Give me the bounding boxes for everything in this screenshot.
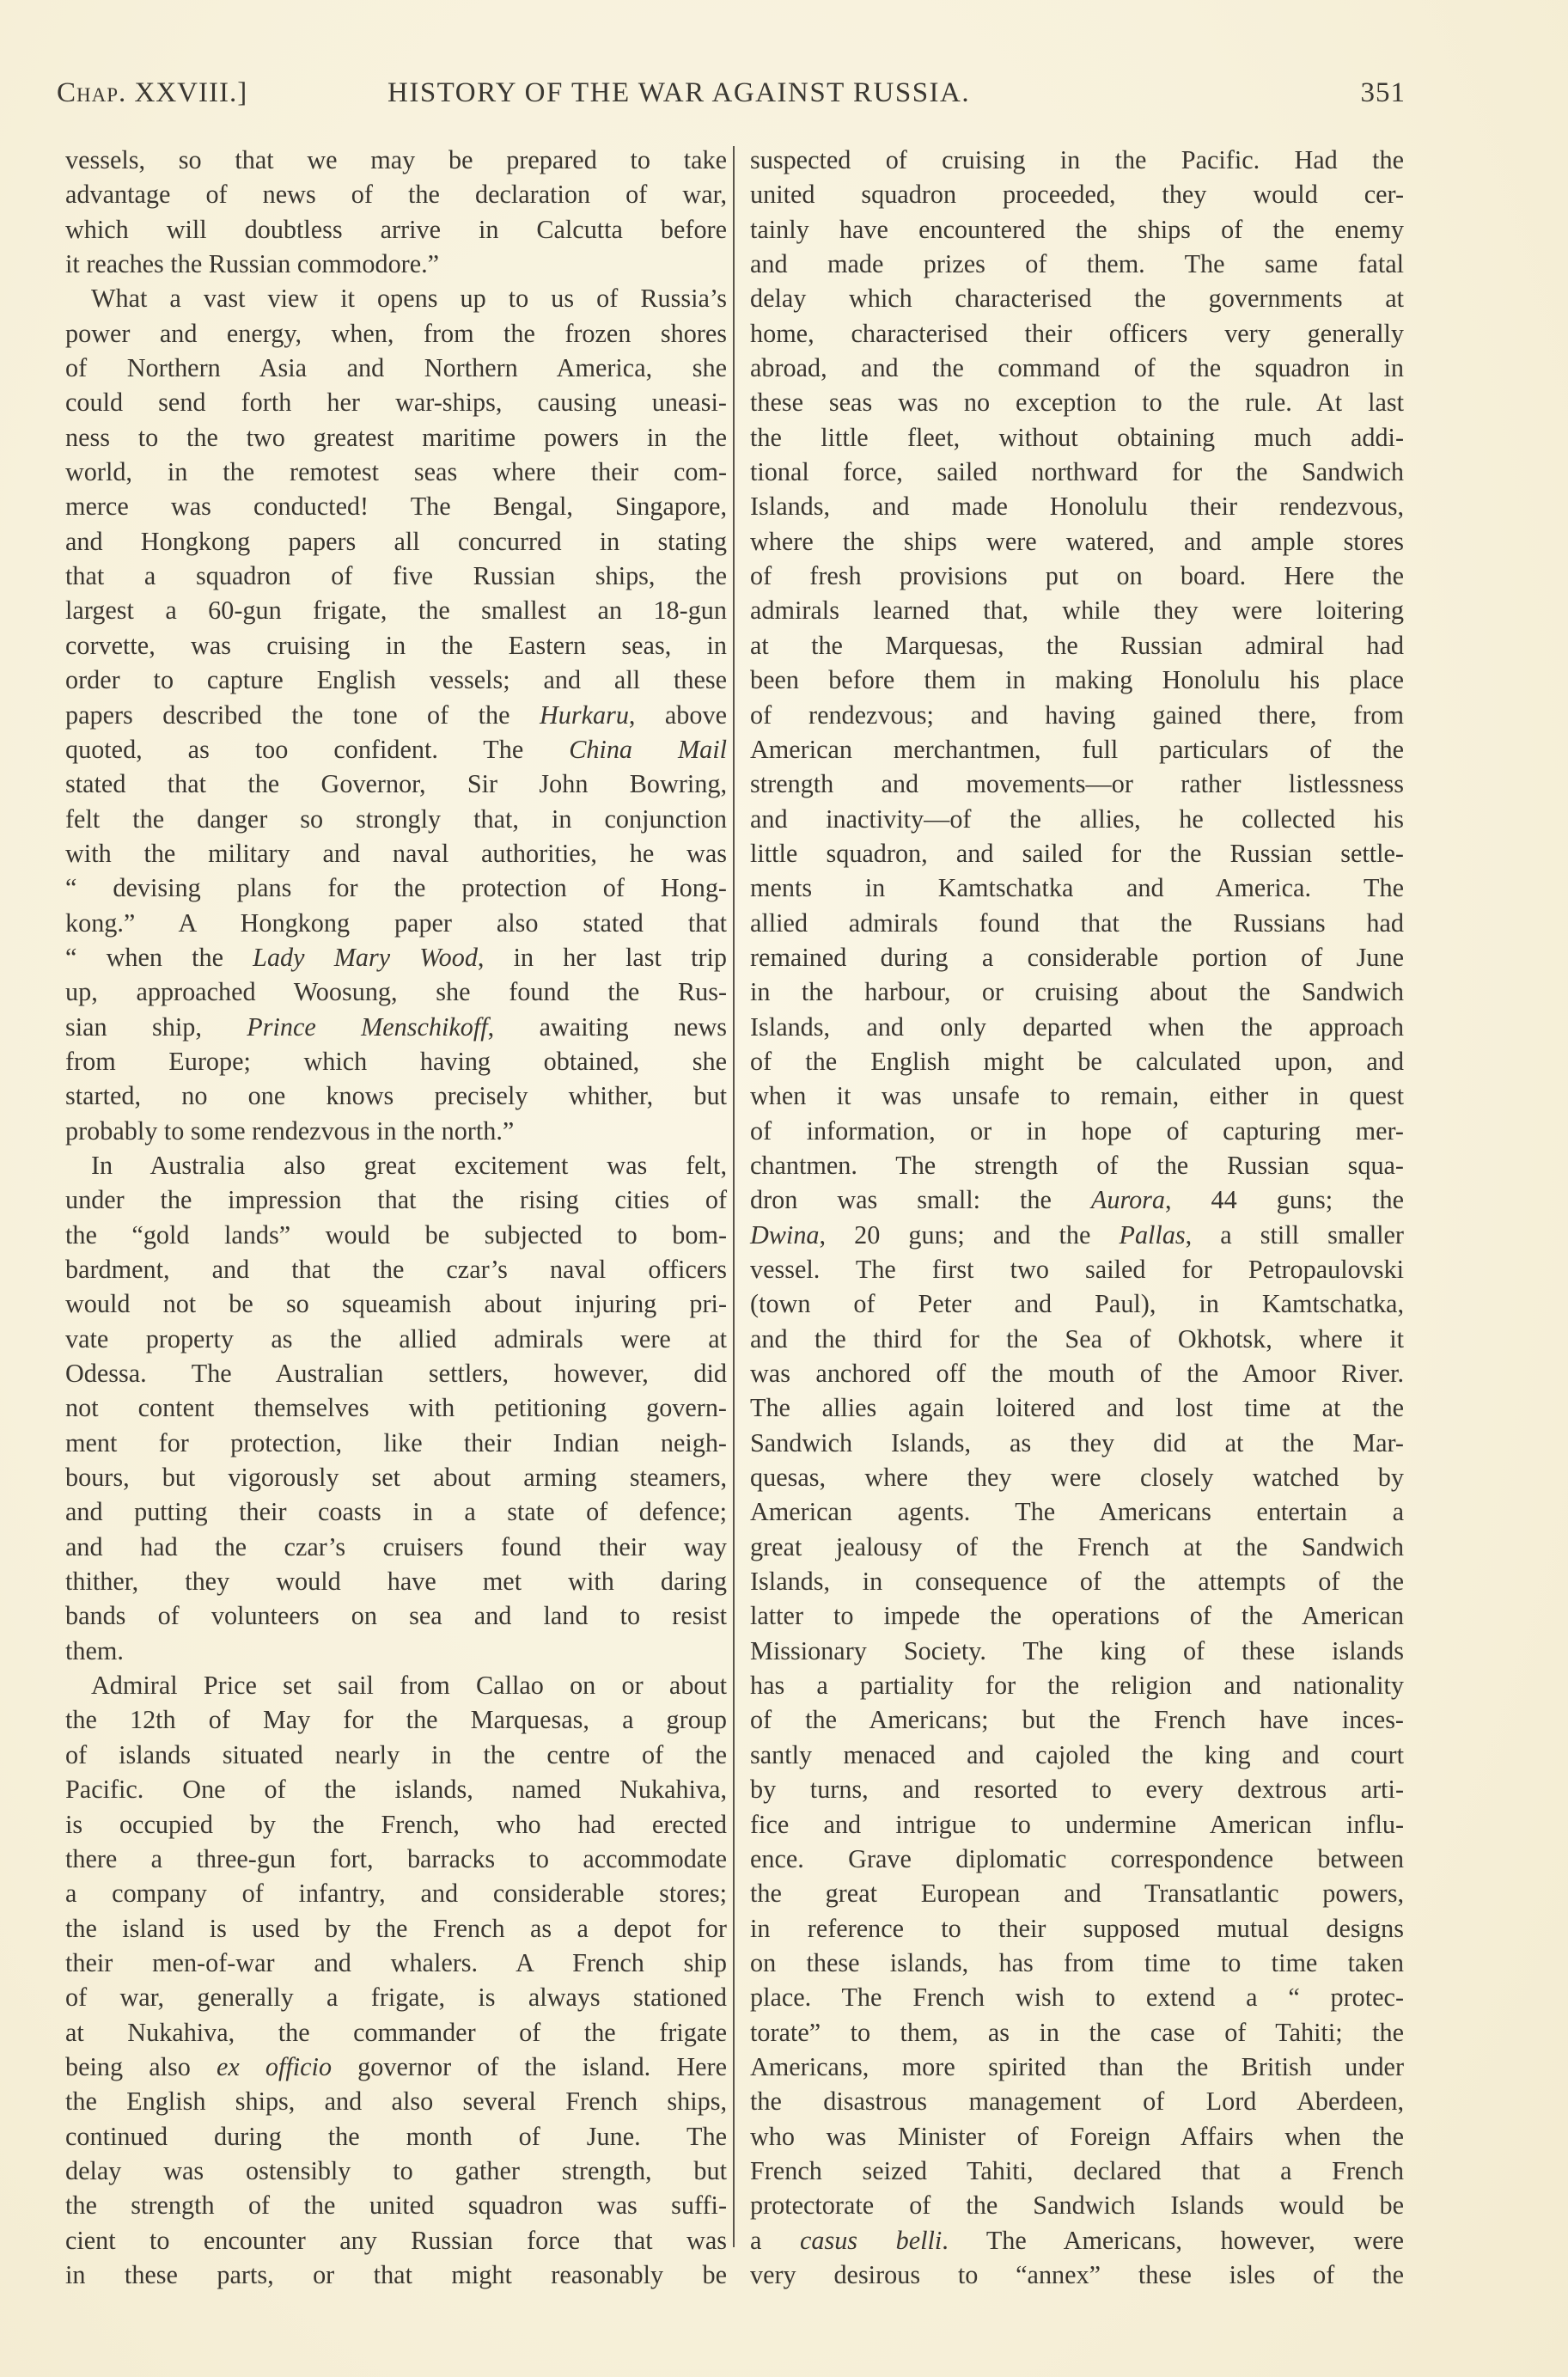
text-line: tional force, sailed northward for the S…	[750, 455, 1404, 489]
text-line: Americans, more spirited than the Britis…	[750, 2050, 1404, 2084]
text-line: by turns, and resorted to every dextrous…	[750, 1772, 1404, 1806]
running-head: Chap. XXVIII.] HISTORY OF THE WAR AGAINS…	[57, 77, 1406, 120]
text-line: continued during the month of June. The	[65, 2119, 727, 2154]
text-line: Islands, in consequence of the attempts …	[750, 1564, 1404, 1598]
text-line: with the military and naval authorities,…	[65, 836, 727, 871]
text-line: dron was small: the Aurora, 44 guns; the	[750, 1182, 1404, 1217]
text-line: which will doubtless arrive in Calcutta …	[65, 212, 727, 247]
text-line: been before them in making Honolulu his …	[750, 663, 1404, 697]
text-line: protectorate of the Sandwich Islands wou…	[750, 2188, 1404, 2222]
text-line: chantmen. The strength of the Russian sq…	[750, 1148, 1404, 1182]
text-line: in these parts, or that might reasonably…	[65, 2258, 727, 2292]
text-line: the little fleet, without obtaining much…	[750, 420, 1404, 455]
text-line: remained during a considerable portion o…	[750, 940, 1404, 975]
text-line: quoted, as too confident. The China Mail	[65, 732, 727, 767]
text-line: In Australia also great excitement was f…	[65, 1148, 727, 1182]
text-line: and made prizes of them. The same fatal	[750, 247, 1404, 281]
text-line: vessel. The first two sailed for Petropa…	[750, 1252, 1404, 1286]
text-line: What a vast view it opens up to us of Ru…	[65, 281, 727, 315]
text-line: united squadron proceeded, they would ce…	[750, 177, 1404, 211]
text-line: fice and intrigue to undermine American …	[750, 1807, 1404, 1842]
text-line: is occupied by the French, who had erect…	[65, 1807, 727, 1842]
text-line: little squadron, and sailed for the Russ…	[750, 836, 1404, 871]
text-line: Missionary Society. The king of these is…	[750, 1634, 1404, 1668]
text-line: power and energy, when, from the frozen …	[65, 316, 727, 351]
text-line: bardment, and that the czar’s naval offi…	[65, 1252, 727, 1286]
text-line: of the English might be calculated upon,…	[750, 1044, 1404, 1079]
text-line: The allies again loitered and lost time …	[750, 1390, 1404, 1425]
text-line: papers described the tone of the Hurkaru…	[65, 698, 727, 732]
text-line: admirals learned that, while they were l…	[750, 593, 1404, 627]
text-line: santly menaced and cajoled the king and …	[750, 1738, 1404, 1772]
column-divider	[733, 146, 735, 2247]
text-line: vate property as the allied admirals wer…	[65, 1322, 727, 1356]
text-line: vessels, so that we may be prepared to t…	[65, 143, 727, 177]
text-line: there a three-gun fort, barracks to acco…	[65, 1842, 727, 1876]
text-line: under the impression that the rising cit…	[65, 1182, 727, 1217]
text-line: Odessa. The Australian settlers, however…	[65, 1356, 727, 1390]
text-line: of fresh provisions put on board. Here t…	[750, 559, 1404, 593]
text-line: world, in the remotest seas where their …	[65, 455, 727, 489]
text-line: of war, generally a frigate, is always s…	[65, 1980, 727, 2014]
text-line: corvette, was cruising in the Eastern se…	[65, 628, 727, 663]
text-line: tainly have encountered the ships of the…	[750, 212, 1404, 247]
text-line: American merchantmen, full particulars o…	[750, 732, 1404, 767]
text-line: kong.” A Hongkong paper also stated that	[65, 906, 727, 940]
text-line: the disastrous management of Lord Aberde…	[750, 2084, 1404, 2118]
text-line: delay was ostensibly to gather strength,…	[65, 2154, 727, 2188]
text-line: Dwina, 20 guns; and the Pallas, a still …	[750, 1218, 1404, 1252]
page-number: 351	[1361, 77, 1406, 109]
text-line: not content themselves with petitioning …	[65, 1390, 727, 1425]
text-line: great jealousy of the French at the Sand…	[750, 1530, 1404, 1564]
text-line: stated that the Governor, Sir John Bowri…	[65, 767, 727, 801]
text-line: at Nukahiva, the commander of the frigat…	[65, 2015, 727, 2050]
text-line: a casus belli. The Americans, however, w…	[750, 2223, 1404, 2258]
text-line: it reaches the Russian commodore.”	[65, 247, 727, 281]
text-line: “ devising plans for the protection of H…	[65, 871, 727, 905]
text-line: advantage of news of the declaration of …	[65, 177, 727, 211]
text-line: ence. Grave diplomatic correspondence be…	[750, 1842, 1404, 1876]
text-line: the great European and Transatlantic pow…	[750, 1876, 1404, 1910]
text-line: and the third for the Sea of Okhotsk, wh…	[750, 1322, 1404, 1356]
text-line: these seas was no exception to the rule.…	[750, 385, 1404, 419]
text-line: abroad, and the command of the squadron …	[750, 351, 1404, 385]
text-line: probably to some rendezvous in the north…	[65, 1114, 727, 1148]
text-line: largest a 60-gun frigate, the smallest a…	[65, 593, 727, 627]
text-line: and inactivity—of the allies, he collect…	[750, 802, 1404, 836]
book-page: Chap. XXVIII.] HISTORY OF THE WAR AGAINS…	[0, 0, 1568, 2377]
text-line: of Northern Asia and Northern America, s…	[65, 351, 727, 385]
text-line: the “gold lands” would be subjected to b…	[65, 1218, 727, 1252]
text-line: ness to the two greatest maritime powers…	[65, 420, 727, 455]
text-line: and putting their coasts in a state of d…	[65, 1494, 727, 1529]
text-line: ment for protection, like their Indian n…	[65, 1426, 727, 1460]
text-line: home, characterised their officers very …	[750, 316, 1404, 351]
text-line: started, no one knows precisely whither,…	[65, 1079, 727, 1113]
text-line: quesas, where they were closely watched …	[750, 1460, 1404, 1494]
text-line: American agents. The Americans entertain…	[750, 1494, 1404, 1529]
text-line: would not be so squeamish about injuring…	[65, 1286, 727, 1321]
text-line: torate” to them, as in the case of Tahit…	[750, 2015, 1404, 2050]
text-line: was anchored off the mouth of the Amoor …	[750, 1356, 1404, 1390]
text-line: order to capture English vessels; and al…	[65, 663, 727, 697]
text-line: the English ships, and also several Fren…	[65, 2084, 727, 2118]
text-line: thither, they would have met with daring	[65, 1564, 727, 1598]
text-line: latter to impede the operations of the A…	[750, 1598, 1404, 1633]
text-line: being also ex officio governor of the is…	[65, 2050, 727, 2084]
text-line: ments in Kamtschatka and America. The	[750, 871, 1404, 905]
text-line: the strength of the united squadron was …	[65, 2188, 727, 2222]
text-line: of the Americans; but the French have in…	[750, 1702, 1404, 1737]
text-line: and Hongkong papers all concurred in sta…	[65, 524, 727, 559]
text-line: strength and movements—or rather listles…	[750, 767, 1404, 801]
text-line: up, approached Woosung, she found the Ru…	[65, 975, 727, 1009]
text-line: on these islands, has from time to time …	[750, 1946, 1404, 1980]
text-line: that a squadron of five Russian ships, t…	[65, 559, 727, 593]
text-line: Islands, and made Honolulu their rendezv…	[750, 489, 1404, 523]
text-line: Islands, and only departed when the appr…	[750, 1010, 1404, 1044]
text-line: Admiral Price set sail from Callao on or…	[65, 1668, 727, 1702]
text-line: French seized Tahiti, declared that a Fr…	[750, 2154, 1404, 2188]
text-line: merce was conducted! The Bengal, Singapo…	[65, 489, 727, 523]
text-line: could send forth her war-ships, causing …	[65, 385, 727, 419]
text-line: very desirous to “annex” these isles of …	[750, 2258, 1404, 2292]
text-line: who was Minister of Foreign Affairs when…	[750, 2119, 1404, 2154]
text-line: Sandwich Islands, as they did at the Mar…	[750, 1426, 1404, 1460]
text-line: in the harbour, or cruising about the Sa…	[750, 975, 1404, 1009]
book-title: HISTORY OF THE WAR AGAINST RUSSIA.	[387, 77, 970, 109]
text-line: their men-of-war and whalers. A French s…	[65, 1946, 727, 1980]
text-line: them.	[65, 1634, 727, 1668]
text-line: a company of infantry, and considerable …	[65, 1876, 727, 1910]
text-line: has a partiality for the religion and na…	[750, 1668, 1404, 1702]
text-line: (town of Peter and Paul), in Kamtschatka…	[750, 1286, 1404, 1321]
text-line: of information, or in hope of capturing …	[750, 1114, 1404, 1148]
text-line: in reference to their supposed mutual de…	[750, 1911, 1404, 1946]
text-line: felt the danger so strongly that, in con…	[65, 802, 727, 836]
text-line: at the Marquesas, the Russian admiral ha…	[750, 628, 1404, 663]
text-line: and had the czar’s cruisers found their …	[65, 1530, 727, 1564]
text-line: bours, but vigorously set about arming s…	[65, 1460, 727, 1494]
text-line: when it was unsafe to remain, either in …	[750, 1079, 1404, 1113]
text-line: from Europe; which having obtained, she	[65, 1044, 727, 1079]
chapter-label: Chap. XXVIII.]	[57, 77, 247, 109]
text-line: the island is used by the French as a de…	[65, 1911, 727, 1946]
text-line: bands of volunteers on sea and land to r…	[65, 1598, 727, 1633]
text-line: allied admirals found that the Russians …	[750, 906, 1404, 940]
text-line: suspected of cruising in the Pacific. Ha…	[750, 143, 1404, 177]
text-line: sian ship, Prince Menschikoff, awaiting …	[65, 1010, 727, 1044]
right-column: suspected of cruising in the Pacific. Ha…	[750, 143, 1404, 2292]
text-line: of rendezvous; and having gained there, …	[750, 698, 1404, 732]
text-line: of islands situated nearly in the centre…	[65, 1738, 727, 1772]
text-line: Pacific. One of the islands, named Nukah…	[65, 1772, 727, 1806]
text-line: cient to encounter any Russian force tha…	[65, 2223, 727, 2258]
text-line: delay which characterised the government…	[750, 281, 1404, 315]
text-line: where the ships were watered, and ample …	[750, 524, 1404, 559]
text-line: place. The French wish to extend a “ pro…	[750, 1980, 1404, 2014]
text-line: the 12th of May for the Marquesas, a gro…	[65, 1702, 727, 1737]
left-column: vessels, so that we may be prepared to t…	[65, 143, 727, 2292]
text-line: “ when the Lady Mary Wood, in her last t…	[65, 940, 727, 975]
